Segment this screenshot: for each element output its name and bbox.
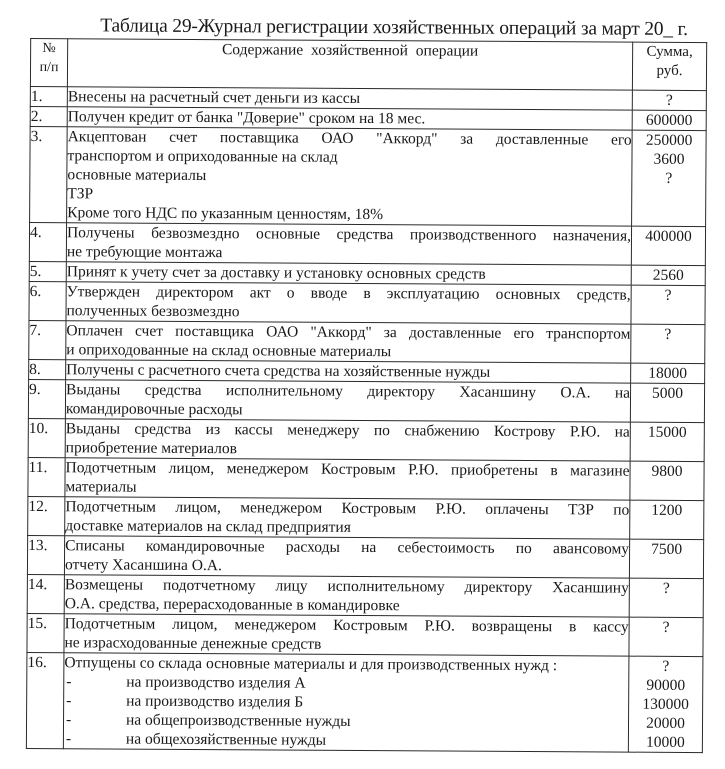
header-description: Содержание хозяйственной операции xyxy=(67,39,632,90)
table-row: 10.Выданы средства из кассы менеджеру по… xyxy=(28,418,704,461)
sub-item: -на общехозяйственные нужды xyxy=(64,729,628,751)
description-line: О.А. средства, перерасходованные в коман… xyxy=(65,594,629,616)
operation-sum: 1200 xyxy=(630,500,704,539)
description-line: отчету Хасаншина О.А. xyxy=(65,555,629,577)
sum-value: ? xyxy=(629,657,702,676)
sum-value: 600000 xyxy=(646,112,693,129)
operation-description: Принят к учету счет за доставку и устано… xyxy=(66,262,631,285)
operation-description: Отпущены со склада основные материалы и … xyxy=(63,653,629,752)
header-sum: Сумма, руб. xyxy=(632,42,706,90)
operation-description: Получен кредит от банка "Доверие" сроком… xyxy=(67,107,632,130)
sum-value: 1200 xyxy=(651,502,682,519)
sum-value: ? xyxy=(663,619,670,636)
table-row: 3.Акцептован счет поставщика ОАО "Аккорд… xyxy=(30,126,707,226)
description-line: Кроме того НДС по указанным ценностям, 1… xyxy=(67,203,631,225)
dash-bullet-icon: - xyxy=(66,672,71,691)
row-number: 1. xyxy=(30,86,67,106)
row-number: 4. xyxy=(29,222,66,261)
table-row: 14.Возмещены подотчетному лицу исполните… xyxy=(27,574,703,617)
operations-journal-table: № п/п Содержание хозяйственной операции … xyxy=(26,38,707,753)
sum-value: 250000 xyxy=(633,131,706,150)
operation-description: Акцептован счет поставщика ОАО "Аккорд" … xyxy=(67,127,633,226)
header-sum-line2: руб. xyxy=(656,63,682,79)
row-number: 6. xyxy=(29,281,66,320)
description-line: приобретение материалов xyxy=(66,438,630,460)
sub-item-list: -на производство изделия А-на производст… xyxy=(64,672,628,751)
sum-value: 2560 xyxy=(653,267,684,284)
operation-description: Возмещены подотчетному лицу исполнительн… xyxy=(64,575,629,617)
sum-value: ? xyxy=(665,287,672,304)
operation-sum: ?900001300002000010000 xyxy=(628,656,703,752)
row-number: 12. xyxy=(28,496,65,535)
dash-bullet-icon: - xyxy=(66,691,71,710)
operation-sum: ? xyxy=(629,617,703,656)
table-body: 1.Внесены на расчетный счет деньги из ка… xyxy=(26,86,706,752)
table-row: 9.Выданы средства исполнительному директ… xyxy=(28,379,704,422)
operation-sum: 600000 xyxy=(632,110,706,130)
operation-sum: 9800 xyxy=(630,461,704,500)
description-line: основные материалы xyxy=(67,165,631,187)
operation-description: Списаны командировочные расходы на себес… xyxy=(64,536,629,578)
sum-value: 90000 xyxy=(629,676,702,695)
sub-item-text: на общехозяйственные нужды xyxy=(126,731,326,749)
description-line: доставке материалов на склад предприятия xyxy=(65,516,629,538)
document-page: Таблица 29-Журнал регистрации хозяйствен… xyxy=(0,0,725,769)
description-line: командировочные расходы xyxy=(66,399,630,421)
description-line: Принят к учету счет за доставку и устано… xyxy=(67,262,631,284)
table-row: 12.Подотчетным лицом, менеджером Костров… xyxy=(28,496,704,539)
table-row: 13.Списаны командировочные расходы на се… xyxy=(27,535,703,578)
row-number: 3. xyxy=(30,126,68,222)
sum-value: 20000 xyxy=(629,714,702,733)
operation-description: Выданы средства из кассы менеджеру по сн… xyxy=(65,419,630,461)
operation-description: Подотчетным лицом, менеджером Костровым … xyxy=(65,458,630,500)
row-number: 11. xyxy=(28,457,65,496)
operation-sum: ? xyxy=(631,324,705,363)
sum-value: ? xyxy=(632,169,705,188)
operation-sum: 2560 xyxy=(631,265,705,285)
operation-description: Внесены на расчетный счет деньги из касс… xyxy=(67,87,632,110)
sum-value: ? xyxy=(663,580,670,597)
operation-description: Выданы средства исполнительному директор… xyxy=(65,380,630,422)
table-row: 11.Подотчетным лицом, менеджером Костров… xyxy=(28,457,704,500)
row-number: 9. xyxy=(28,379,65,418)
operation-sum: ? xyxy=(632,90,706,110)
sum-value: ? xyxy=(664,326,671,343)
sum-value: ? xyxy=(666,92,673,109)
sum-value: 400000 xyxy=(645,228,692,245)
description-line: Подотчетным лицом, менеджером Костровым … xyxy=(66,458,630,480)
row-number: 8. xyxy=(29,359,66,379)
sum-value: 9800 xyxy=(652,463,683,480)
operation-sum: 7500 xyxy=(629,539,703,578)
description-line: и оприходованные на склад основные матер… xyxy=(66,340,630,362)
row-number: 7. xyxy=(29,320,66,359)
operation-sum: ? xyxy=(631,285,705,324)
table-row: 16.Отпущены со склада основные материалы… xyxy=(26,652,703,752)
sum-value: 130000 xyxy=(629,695,702,714)
sum-value: 10000 xyxy=(629,733,702,752)
row-number: 15. xyxy=(27,613,64,652)
header-number: № п/п xyxy=(30,38,67,86)
dash-bullet-icon: - xyxy=(66,710,71,729)
sub-item-text: на производство изделия А xyxy=(126,674,305,692)
operation-sum: 18000 xyxy=(631,363,705,383)
description-line: не требующие монтажа xyxy=(67,242,631,264)
row-number: 2. xyxy=(30,106,67,126)
dash-bullet-icon: - xyxy=(66,729,71,748)
sum-value: 7500 xyxy=(651,541,682,558)
table-row: 7.Оплачен счет поставщика ОАО "Аккорд" з… xyxy=(29,320,705,363)
sum-value: 15000 xyxy=(648,424,687,441)
description-line: не израсходованные денежные средств xyxy=(64,633,628,655)
table-header-row: № п/п Содержание хозяйственной операции … xyxy=(30,38,706,90)
table-row: 6.Утвержден директором акт о вводе в экс… xyxy=(29,281,705,324)
description-line: полученных безвозмездно xyxy=(66,301,630,323)
operation-description: Получены с расчетного счета средства на … xyxy=(66,360,631,383)
table-row: 4.Получены безвозмездно основные средств… xyxy=(29,222,705,265)
operation-sum: ? xyxy=(629,578,703,617)
description-line: Внесены на расчетный счет деньги из касс… xyxy=(68,87,632,109)
sub-item-text: на производство изделия Б xyxy=(126,693,303,711)
description-line: Получены с расчетного счета средства на … xyxy=(66,360,630,382)
row-number: 13. xyxy=(27,535,64,574)
row-number: 14. xyxy=(27,574,64,613)
sub-item-text: на общепроизводственные нужды xyxy=(126,712,351,730)
operation-description: Утвержден директором акт о вводе в экспл… xyxy=(66,282,631,324)
row-number: 5. xyxy=(29,261,66,281)
operation-description: Оплачен счет поставщика ОАО "Аккорд" за … xyxy=(66,321,631,363)
header-number-line1: № xyxy=(42,41,55,56)
operation-sum: 2500003600? xyxy=(632,130,707,226)
operation-sum: 400000 xyxy=(631,226,705,265)
operation-description: Получены безвозмездно основные средства … xyxy=(66,223,631,265)
sum-value: 3600 xyxy=(632,150,705,169)
operation-sum: 15000 xyxy=(630,422,704,461)
description-line: Получен кредит от банка "Доверие" сроком… xyxy=(68,107,632,129)
table-row: 15.Подотчетным лицом, менеджером Костров… xyxy=(27,613,703,656)
row-number: 10. xyxy=(28,418,65,457)
operation-description: Подотчетным лицом, менеджером Костровым … xyxy=(65,497,630,539)
sum-value: 18000 xyxy=(648,365,687,382)
header-sum-line1: Сумма, xyxy=(646,44,692,60)
operation-description: Подотчетным лицом, менеджером Костровым … xyxy=(64,614,629,656)
header-number-line2: п/п xyxy=(40,60,59,75)
operation-sum: 5000 xyxy=(630,383,704,422)
sum-value: 5000 xyxy=(652,385,683,402)
table-title: Таблица 29-Журнал регистрации хозяйствен… xyxy=(100,15,720,41)
row-number: 16. xyxy=(26,652,64,748)
